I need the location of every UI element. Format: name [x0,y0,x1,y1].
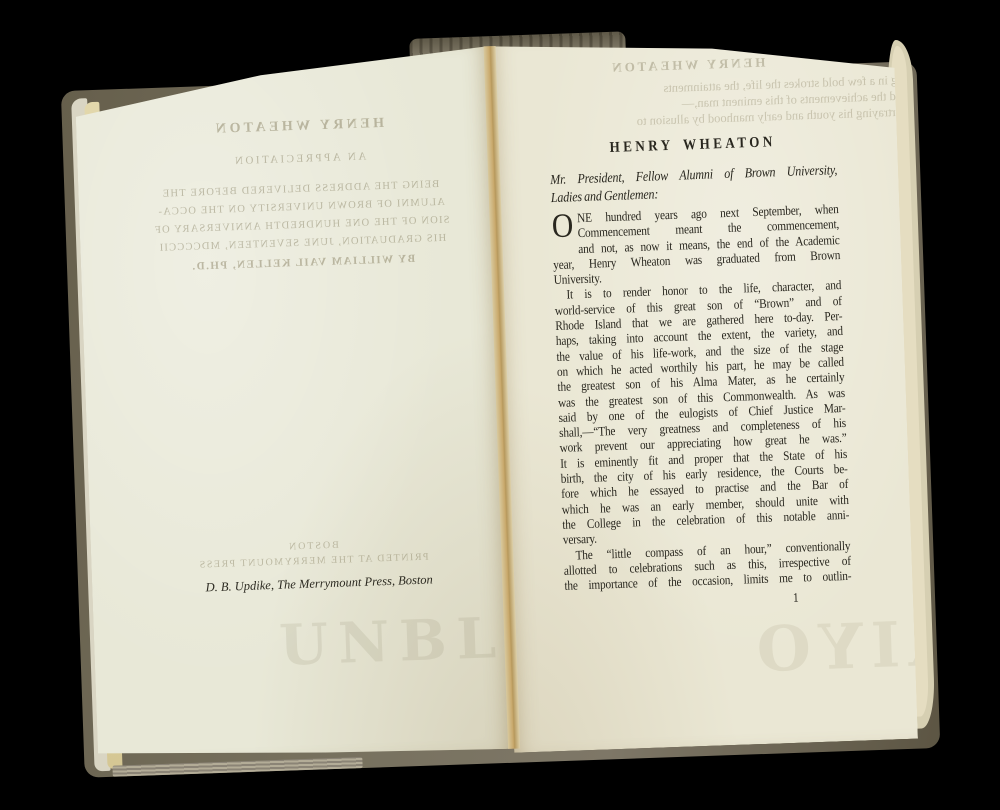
showthrough-subtitle: AN APPRECIATION [107,146,491,171]
printer-imprint: D. B. Updike, The Merrymount Press, Bost… [132,570,506,598]
page-number: 1 [565,588,852,613]
chapter-heading: HENRY WHEATON [549,130,837,160]
text-column: HENRY WHEATON Mr. President, Fellow Alum… [549,130,852,613]
showthrough-subtitle-block: BEING THE ADDRESS DELIVERED BEFORE THE A… [108,174,494,259]
salutation: Mr. President, Fellow Alumni of Brown Un… [550,161,838,206]
embossed-showthrough-letters: UNBL [278,605,507,679]
showthrough-text-block: ing in a few bold strokes the life, the … [525,72,908,133]
showthrough-title: HENRY WHEATON [106,112,490,141]
paragraph-3: The “little compass of an hour,” convent… [563,537,852,593]
paragraph-2: It is to render honor to the life, chara… [554,278,850,548]
embossed-showthrough-letters: RIYO [748,606,918,686]
drop-cap: O [551,210,578,242]
open-book: HENRY WHEATON AN APPRECIATION BEING THE … [57,15,942,790]
paragraph-1: O NE hundred years ago next September, w… [551,201,841,287]
left-page: HENRY WHEATON AN APPRECIATION BEING THE … [74,46,512,763]
right-page: HENRY WHEATON ing in a few bold strokes … [489,28,918,753]
book-photograph: HENRY WHEATON AN APPRECIATION BEING THE … [0,0,1000,810]
